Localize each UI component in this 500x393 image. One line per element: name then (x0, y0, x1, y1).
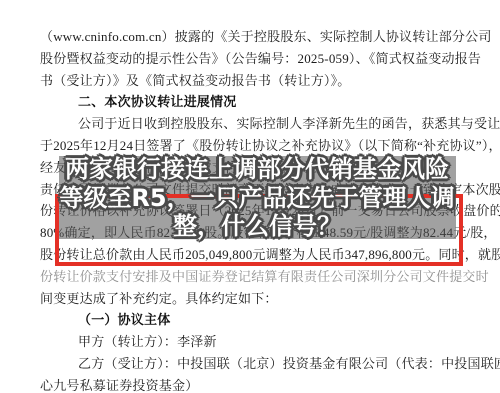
headline-line: 两家银行接连上调部分代销基金风险 (55, 155, 459, 184)
doc-line: 二、本次协议转让进展情况 (40, 91, 466, 113)
doc-line: 心九号私募证券投资基金） (40, 375, 466, 393)
doc-line: 书（受让方）》及《简式权益变动报告书（转让方）》。 (40, 70, 466, 92)
doc-line: （一）协议主体 (40, 309, 466, 331)
doc-line: （www.cninfo.com.cn）披露的《关于控股股东、实际控制人协议转让部… (40, 26, 466, 48)
doc-line: 份转让价款支付安排及中国证券登记结算有限责任公司深圳分公司文件提交时 (40, 266, 466, 288)
doc-line: 公司于近日收到控股股东、实际控制人李泽新先生的函告，获悉其与受让方 (40, 113, 466, 135)
headline-line: 整，什么信号？ (55, 212, 459, 241)
headline-line: 等级至R5，一只产品还先于管理人调 (55, 184, 459, 213)
doc-line: 于2025年12月24日签署了《股份转让协议之补充协议》（以下简称“补充协议”）… (40, 135, 466, 157)
doc-line: 乙方（受让方）：中投国联（北京）投资基金有限公司（代表：中投国联匠 (40, 353, 466, 375)
news-headline: 两家银行接连上调部分代销基金风险等级至R5，一只产品还先于管理人调整，什么信号？ (55, 155, 459, 241)
doc-line: 股份暨权益变动的提示性公告》（公告编号：2025-059）、《简式权益变动报告 (40, 48, 466, 70)
doc-line: 间变更达成了补充约定。具体约定如下： (40, 288, 466, 310)
document-page: （www.cninfo.com.cn）披露的《关于控股股东、实际控制人协议转让部… (0, 0, 500, 393)
doc-line: 甲方（转让方）：李泽新 (40, 331, 466, 353)
